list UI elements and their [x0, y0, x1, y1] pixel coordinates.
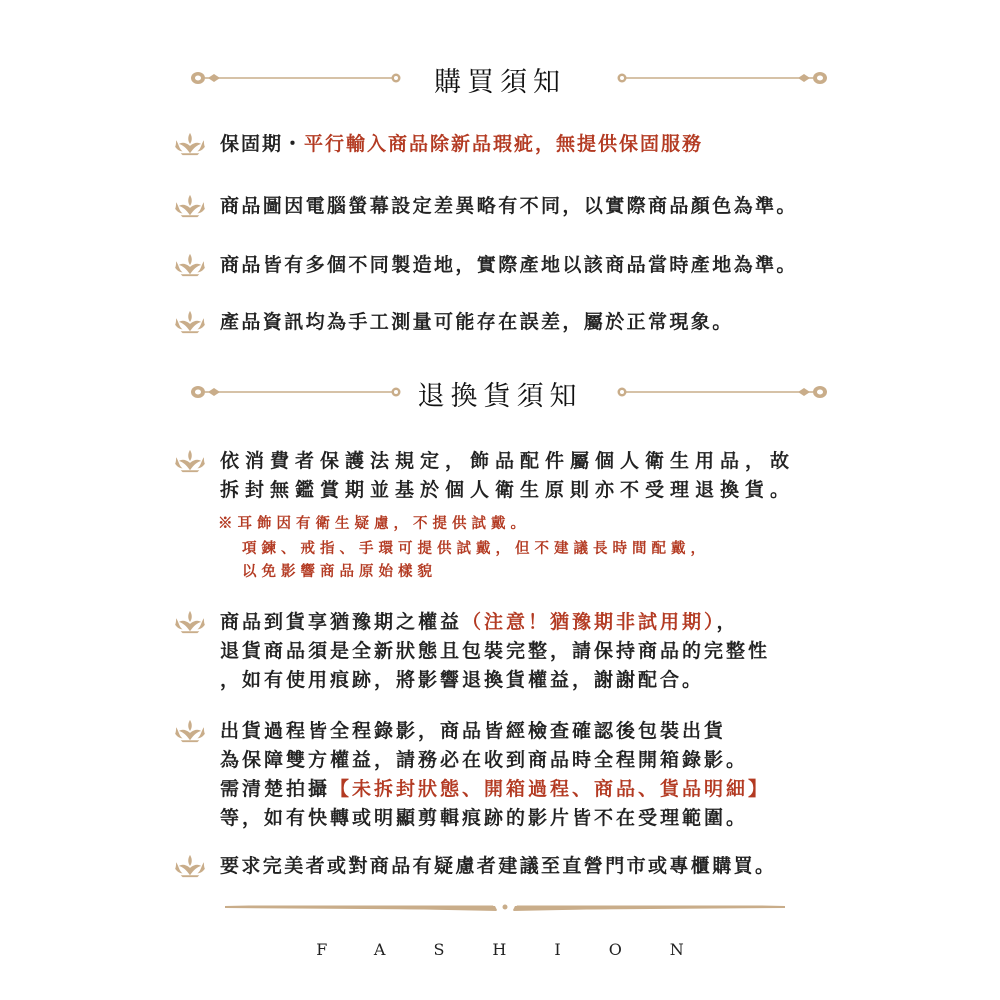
title-ornament-right	[615, 68, 830, 88]
item-line-prefix: 商品到貨享猶豫期之權益	[220, 611, 462, 633]
item-line-suffix: ，	[717, 611, 739, 633]
item-line: 退貨商品須是全新狀態且包裝完整，請保持商品的完整性	[220, 636, 770, 667]
item-text: 要求完美者或對商品有疑慮者建議至直營門市或專櫃購買。	[220, 851, 776, 882]
item-text: 商品皆有多個不同製造地，實際產地以該商品當時產地為準。	[220, 250, 798, 281]
item-line: 等，如有快轉或明顯剪輯痕跡的影片皆不在受理範圍。	[220, 803, 748, 834]
earring-note: ※耳飾因有衛生疑慮，不提供試戴。	[218, 512, 530, 535]
item-line: 拆封無鑑賞期並基於個人衛生原則亦不受理退換貨。	[220, 475, 795, 506]
item-text: 商品圖因電腦螢幕設定差異略有不同，以實際商品顏色為準。	[220, 191, 798, 222]
lotus-bullet-icon	[172, 448, 208, 474]
purchase-notice-title: 購買須知	[0, 60, 1000, 99]
cooling-off-warning: （注意！猶豫期非試用期）	[462, 611, 717, 633]
item-line-prefix: 需清楚拍攝	[220, 778, 330, 800]
footer-divider	[225, 898, 785, 918]
fashion-brand-text: FASHION	[0, 940, 1000, 959]
trial-note-cont: 以免影響商品原始樣貌	[242, 560, 437, 583]
warranty-highlight: 平行輸入商品除新品瑕疵，無提供保固服務	[304, 133, 703, 155]
item-line: 依消費者保護法規定，飾品配件屬個人衛生用品，故	[220, 446, 795, 477]
lotus-bullet-icon	[172, 309, 208, 335]
lotus-bullet-icon	[172, 193, 208, 219]
video-requirements: 【未拆封狀態、開箱過程、商品、貨品明細】	[330, 778, 770, 800]
trial-note: 項鍊、戒指、手環可提供試戴，但不建議長時間配戴，	[242, 537, 710, 560]
warranty-label: 保固期・	[220, 133, 304, 155]
return-notice-title: 退換貨須知	[0, 374, 1000, 413]
lotus-bullet-icon	[172, 131, 208, 157]
lotus-bullet-icon	[172, 853, 208, 879]
item-line: ，如有使用痕跡，將影響退換貨權益，謝謝配合。	[220, 665, 704, 696]
lotus-bullet-icon	[172, 252, 208, 278]
item-text: 產品資訊均為手工測量可能存在誤差，屬於正常現象。	[220, 307, 734, 338]
lotus-bullet-icon	[172, 609, 208, 635]
title-ornament-right	[615, 382, 830, 402]
lotus-bullet-icon	[172, 718, 208, 744]
item-line: 出貨過程皆全程錄影，商品皆經檢查確認後包裝出貨	[220, 716, 726, 747]
item-line: 為保障雙方權益，請務必在收到商品時全程開箱錄影。	[220, 745, 748, 776]
